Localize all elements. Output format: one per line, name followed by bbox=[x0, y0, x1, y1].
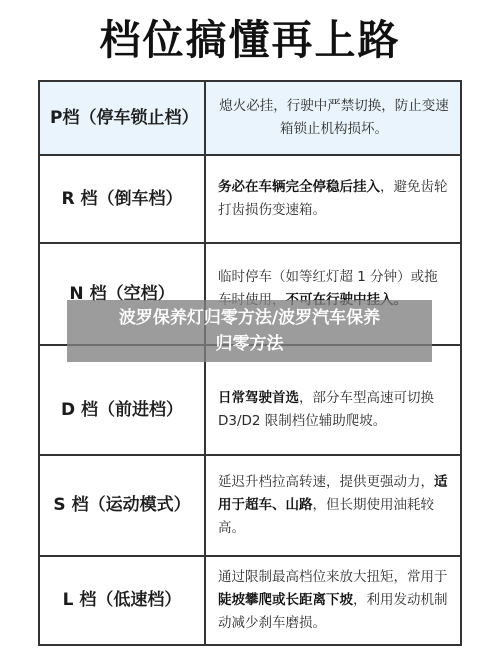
gear-name: D 档（前进档） bbox=[40, 346, 206, 454]
caption-line-2: 归零方法 bbox=[67, 331, 432, 357]
table-row-s: S 档（运动模式） 延迟升档拉高转速，提供更强动力，适用于超车、山路，但长期使用… bbox=[40, 454, 460, 555]
table-row-p: P档（停车锁止档） 熄火必挂，行驶中严禁切换，防止变速箱锁止机构损坏。 bbox=[40, 82, 460, 154]
gear-description: 务必在车辆完全停稳后挂入，避免齿轮打齿损伤变速箱。 bbox=[206, 156, 460, 242]
gear-name: P档（停车锁止档） bbox=[40, 82, 206, 154]
desc-text: 熄火必挂，行驶中严禁切换，防止变速箱锁止机构损坏。 bbox=[218, 95, 450, 141]
desc-text: 通过限制最高档位来放大扭矩，常用于 bbox=[218, 569, 448, 585]
desc-bold: 务必在车辆完全停稳后挂入 bbox=[218, 179, 380, 195]
gear-description: 熄火必挂，行驶中严禁切换，防止变速箱锁止机构损坏。 bbox=[206, 82, 460, 154]
desc-bold: 陡坡攀爬或长距离下坡 bbox=[218, 592, 353, 608]
desc-bold: 日常驾驶首选 bbox=[218, 390, 299, 406]
desc-text: 延迟升档拉高转速，提供更强动力， bbox=[218, 474, 434, 490]
gear-name: S 档（运动模式） bbox=[40, 456, 206, 555]
caption-overlay: 波罗保养灯归零方法/波罗汽车保养 归零方法 bbox=[67, 300, 432, 362]
table-row-r: R 档（倒车档） 务必在车辆完全停稳后挂入，避免齿轮打齿损伤变速箱。 bbox=[40, 154, 460, 242]
gear-name: L 档（低速档） bbox=[40, 557, 206, 644]
gear-description: 延迟升档拉高转速，提供更强动力，适用于超车、山路，但长期使用油耗较高。 bbox=[206, 456, 460, 555]
gear-name: R 档（倒车档） bbox=[40, 156, 206, 242]
gear-table: P档（停车锁止档） 熄火必挂，行驶中严禁切换，防止变速箱锁止机构损坏。 R 档（… bbox=[38, 80, 462, 646]
page-title: 档位搞懂再上路 bbox=[0, 10, 500, 70]
table-row-l: L 档（低速档） 通过限制最高档位来放大扭矩，常用于陡坡攀爬或长距离下坡，利用发… bbox=[40, 555, 460, 644]
gear-description: 日常驾驶首选，部分车型高速可切换 D3/D2 限制档位辅助爬坡。 bbox=[206, 346, 460, 454]
caption-line-1: 波罗保养灯归零方法/波罗汽车保养 bbox=[67, 305, 432, 331]
gear-description: 通过限制最高档位来放大扭矩，常用于陡坡攀爬或长距离下坡，利用发动机制动减少刹车磨… bbox=[206, 557, 460, 644]
